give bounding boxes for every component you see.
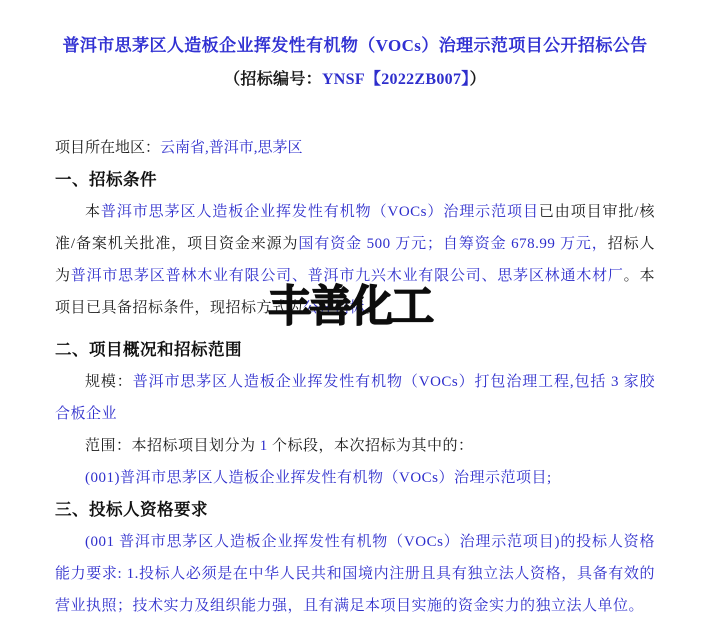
location-value: 云南省,普洱市,思茅区 <box>160 140 303 156</box>
scope-tail-run: 个标段，本次招标为其中的： <box>268 438 474 454</box>
lot-count-value: 1 <box>260 438 268 454</box>
scope-label-run: 范围：本招标项目划分为 <box>85 438 260 454</box>
tender-number-line: （招标编号：YNSF【2022ZB007】） <box>55 64 655 96</box>
section-heading-project-overview: 二、项目概况和招标范围 <box>55 334 655 366</box>
watermark-fengshan-huagong: 丰善化工 <box>268 286 432 329</box>
scale-value: 普洱市思茅区人造板企业挥发性有机物（VOCs）打包治理工程,包括 3 家胶合板企… <box>55 374 655 422</box>
scope-paragraph: 范围：本招标项目划分为 1 个标段，本次招标为其中的： <box>55 430 655 462</box>
project-location-line: 项目所在地区：云南省,普洱市,思茅区 <box>55 132 655 164</box>
funding-amount-run: 国有资金 500 万元；自筹资金 678.99 万元， <box>298 236 607 252</box>
location-label: 项目所在地区： <box>55 140 160 156</box>
section-heading-tender-conditions: 一、招标条件 <box>55 164 655 196</box>
lot-name-line: (001)普洱市思茅区人造板企业挥发性有机物（VOCs）治理示范项目; <box>55 462 655 494</box>
project-name-run: 普洱市思茅区人造板企业挥发性有机物（VOCs）治理示范项目 <box>101 204 539 220</box>
section-heading-bidder-qualification: 三、投标人资格要求 <box>55 494 655 526</box>
tender-number-prefix: （招标编号： <box>224 71 322 88</box>
page-title: 普洱市思茅区人造板企业挥发性有机物（VOCs）治理示范项目公开招标公告 <box>55 30 655 62</box>
paragraph-run: 本 <box>85 204 101 220</box>
tenderer-names-run: 普洱市思茅区普林木业有限公司、普洱市九兴木业有限公司、思茅区林通木材厂 <box>71 268 624 284</box>
tender-number-suffix: ） <box>470 71 486 88</box>
scale-label: 规模： <box>85 374 133 390</box>
tender-number-code: YNSF【2022ZB007】 <box>322 71 470 88</box>
scale-paragraph: 规模：普洱市思茅区人造板企业挥发性有机物（VOCs）打包治理工程,包括 3 家胶… <box>55 366 655 430</box>
qualification-paragraph: (001 普洱市思茅区人造板企业挥发性有机物（VOCs）治理示范项目)的投标人资… <box>55 526 655 622</box>
